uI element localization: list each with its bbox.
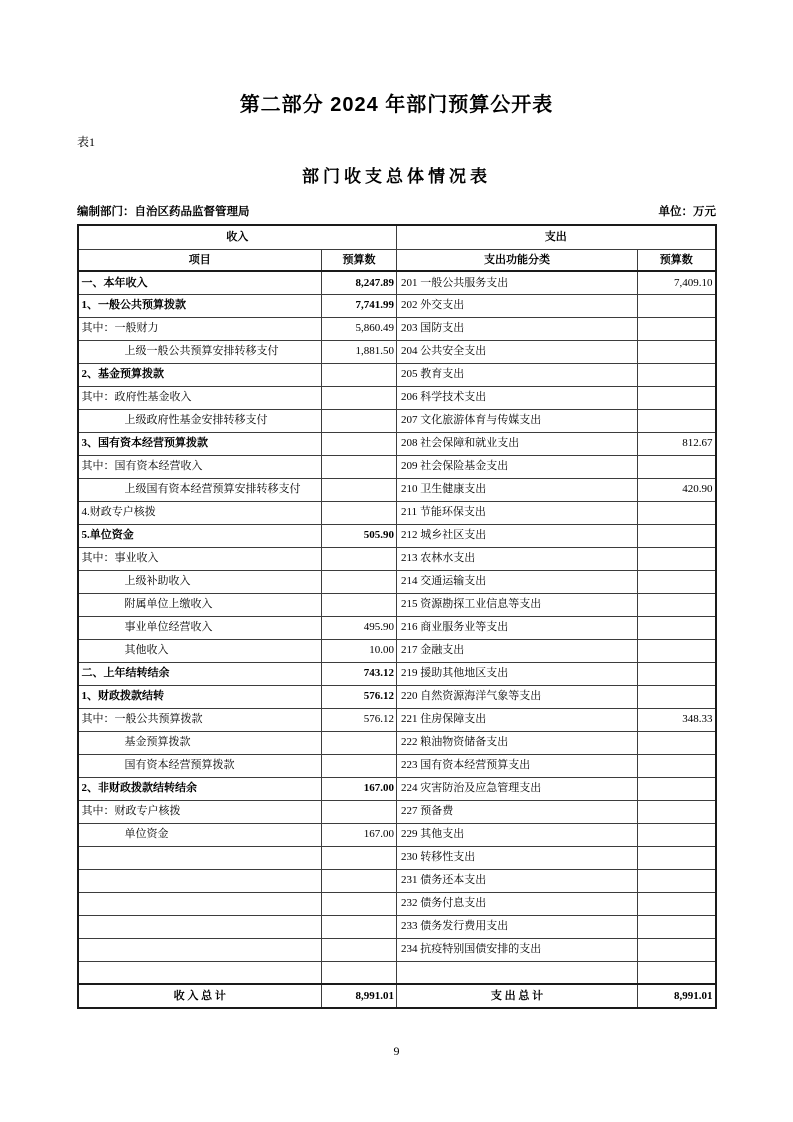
income-budget-cell — [322, 800, 397, 823]
income-item-cell: 上级一般公共预算安排转移支付 — [78, 340, 322, 363]
expense-budget-cell — [638, 869, 716, 892]
income-budget-cell: 5,860.49 — [322, 317, 397, 340]
expense-budget-cell — [638, 639, 716, 662]
table-row: 上级国有资本经营预算安排转移支付210 卫生健康支出420.90 — [78, 478, 716, 501]
income-budget-cell: 576.12 — [322, 708, 397, 731]
table-row: 4.财政专户核拨211 节能环保支出 — [78, 501, 716, 524]
expense-item-cell: 223 国有资本经营预算支出 — [397, 754, 638, 777]
income-budget-cell: 495.90 — [322, 616, 397, 639]
income-item-cell: 其中：政府性基金收入 — [78, 386, 322, 409]
expense-item-cell: 231 债务还本支出 — [397, 869, 638, 892]
table-meta-row: 编制部门：自治区药品监督管理局 单位：万元 — [77, 203, 716, 219]
expense-budget-cell — [638, 294, 716, 317]
income-budget-cell: 167.00 — [322, 823, 397, 846]
table-row: 一、本年收入8,247.89201 一般公共服务支出7,409.10 — [78, 271, 716, 294]
expense-item-cell: 233 债务发行费用支出 — [397, 915, 638, 938]
income-item-cell: 其中：事业收入 — [78, 547, 322, 570]
expense-item-cell: 211 节能环保支出 — [397, 501, 638, 524]
income-budget-cell — [322, 455, 397, 478]
budget-table: 收入 支出 项目 预算数 支出功能分类 预算数 一、本年收入8,247.8920… — [77, 224, 717, 1009]
income-budget-cell — [322, 892, 397, 915]
income-item-cell: 5.单位资金 — [78, 524, 322, 547]
income-budget-cell — [322, 869, 397, 892]
col-header-income-budget: 预算数 — [322, 249, 397, 271]
expense-budget-cell — [638, 317, 716, 340]
page-number: 9 — [0, 1044, 793, 1059]
expense-item-cell: 205 教育支出 — [397, 363, 638, 386]
income-budget-cell — [322, 570, 397, 593]
expense-group-header: 支出 — [397, 225, 716, 249]
expense-budget-cell: 812.67 — [638, 432, 716, 455]
income-total-label: 收 入 总 计 — [78, 984, 322, 1008]
table-row: 其中：财政专户核拨227 预备费 — [78, 800, 716, 823]
table-row: 上级政府性基金安排转移支付207 文化旅游体育与传媒支出 — [78, 409, 716, 432]
expense-budget-cell — [638, 938, 716, 961]
income-item-cell: 1、一般公共预算拨款 — [78, 294, 322, 317]
table-row: 2、基金预算拨款205 教育支出 — [78, 363, 716, 386]
expense-budget-cell — [638, 731, 716, 754]
income-budget-cell — [322, 501, 397, 524]
expense-item-cell: 220 自然资源海洋气象等支出 — [397, 685, 638, 708]
income-item-cell: 一、本年收入 — [78, 271, 322, 294]
expense-total-value: 8,991.01 — [638, 984, 716, 1008]
table-row: 国有资本经营预算拨款223 国有资本经营预算支出 — [78, 754, 716, 777]
income-budget-cell — [322, 432, 397, 455]
table-row: 3、国有资本经营预算拨款208 社会保障和就业支出812.67 — [78, 432, 716, 455]
expense-budget-cell — [638, 915, 716, 938]
expense-item-cell: 213 农林水支出 — [397, 547, 638, 570]
income-item-cell: 二、上年结转结余 — [78, 662, 322, 685]
col-header-item: 项目 — [78, 249, 322, 271]
income-budget-cell — [322, 915, 397, 938]
income-item-cell: 其他收入 — [78, 639, 322, 662]
table-column-header-row: 项目 预算数 支出功能分类 预算数 — [78, 249, 716, 271]
expense-budget-cell — [638, 386, 716, 409]
expense-item-cell: 203 国防支出 — [397, 317, 638, 340]
income-item-cell: 其中：国有资本经营收入 — [78, 455, 322, 478]
expense-item-cell: 204 公共安全支出 — [397, 340, 638, 363]
income-budget-cell: 743.12 — [322, 662, 397, 685]
expense-budget-cell: 7,409.10 — [638, 271, 716, 294]
expense-budget-cell: 348.33 — [638, 708, 716, 731]
expense-item-cell: 216 商业服务业等支出 — [397, 616, 638, 639]
income-budget-cell — [322, 478, 397, 501]
expense-item-cell: 222 粮油物资储备支出 — [397, 731, 638, 754]
prepared-by-label: 编制部门：自治区药品监督管理局 — [77, 203, 250, 219]
expense-budget-cell — [638, 823, 716, 846]
expense-item-cell — [397, 961, 638, 984]
income-budget-cell — [322, 938, 397, 961]
expense-budget-cell — [638, 846, 716, 869]
expense-item-cell: 206 科学技术支出 — [397, 386, 638, 409]
unit-label: 单位：万元 — [659, 203, 717, 219]
income-item-cell: 其中：财政专户核拨 — [78, 800, 322, 823]
income-budget-cell — [322, 363, 397, 386]
income-item-cell: 3、国有资本经营预算拨款 — [78, 432, 322, 455]
expense-budget-cell — [638, 455, 716, 478]
income-item-cell: 其中：一般公共预算拨款 — [78, 708, 322, 731]
table-row: 2、非财政拨款结转结余167.00224 灾害防治及应急管理支出 — [78, 777, 716, 800]
col-header-expense-budget: 预算数 — [638, 249, 716, 271]
income-item-cell: 单位资金 — [78, 823, 322, 846]
table-label: 表1 — [77, 133, 793, 150]
total-row: 收 入 总 计 8,991.01 支 出 总 计 8,991.01 — [78, 984, 716, 1008]
income-budget-cell: 7,741.99 — [322, 294, 397, 317]
income-budget-cell — [322, 593, 397, 616]
income-budget-cell — [322, 409, 397, 432]
expense-item-cell: 214 交通运输支出 — [397, 570, 638, 593]
income-item-cell: 2、基金预算拨款 — [78, 363, 322, 386]
expense-item-cell: 202 外交支出 — [397, 294, 638, 317]
expense-item-cell: 201 一般公共服务支出 — [397, 271, 638, 294]
expense-item-cell: 230 转移性支出 — [397, 846, 638, 869]
income-item-cell — [78, 869, 322, 892]
col-header-expense-function: 支出功能分类 — [397, 249, 638, 271]
table-row: 其中：政府性基金收入206 科学技术支出 — [78, 386, 716, 409]
income-budget-cell: 576.12 — [322, 685, 397, 708]
expense-item-cell: 212 城乡社区支出 — [397, 524, 638, 547]
income-item-cell: 上级国有资本经营预算安排转移支付 — [78, 478, 322, 501]
income-budget-cell — [322, 846, 397, 869]
table-row — [78, 961, 716, 984]
table-row: 附属单位上缴收入215 资源勘探工业信息等支出 — [78, 593, 716, 616]
income-budget-cell: 167.00 — [322, 777, 397, 800]
budget-table-header: 收入 支出 项目 预算数 支出功能分类 预算数 — [78, 225, 716, 271]
income-budget-cell: 10.00 — [322, 639, 397, 662]
budget-table-footer: 收 入 总 计 8,991.01 支 出 总 计 8,991.01 — [78, 984, 716, 1008]
income-item-cell: 事业单位经营收入 — [78, 616, 322, 639]
income-group-header: 收入 — [78, 225, 397, 249]
table-row: 其中：事业收入213 农林水支出 — [78, 547, 716, 570]
table-row: 事业单位经营收入495.90216 商业服务业等支出 — [78, 616, 716, 639]
income-item-cell — [78, 961, 322, 984]
income-item-cell — [78, 892, 322, 915]
expense-item-cell: 215 资源勘探工业信息等支出 — [397, 593, 638, 616]
table-row: 230 转移性支出 — [78, 846, 716, 869]
income-item-cell: 上级政府性基金安排转移支付 — [78, 409, 322, 432]
expense-item-cell: 207 文化旅游体育与传媒支出 — [397, 409, 638, 432]
expense-budget-cell — [638, 754, 716, 777]
table-row: 1、一般公共预算拨款7,741.99202 外交支出 — [78, 294, 716, 317]
expense-item-cell: 224 灾害防治及应急管理支出 — [397, 777, 638, 800]
expense-budget-cell — [638, 777, 716, 800]
expense-budget-cell — [638, 547, 716, 570]
income-item-cell: 1、财政拨款结转 — [78, 685, 322, 708]
expense-budget-cell — [638, 593, 716, 616]
income-item-cell: 国有资本经营预算拨款 — [78, 754, 322, 777]
expense-budget-cell — [638, 409, 716, 432]
expense-item-cell: 219 援助其他地区支出 — [397, 662, 638, 685]
income-item-cell: 附属单位上缴收入 — [78, 593, 322, 616]
document-title: 第二部分 2024 年部门预算公开表 — [0, 0, 793, 117]
table-row: 232 债务付息支出 — [78, 892, 716, 915]
expense-item-cell: 227 预备费 — [397, 800, 638, 823]
expense-item-cell: 234 抗疫特别国债安排的支出 — [397, 938, 638, 961]
table-group-header-row: 收入 支出 — [78, 225, 716, 249]
income-item-cell — [78, 938, 322, 961]
income-item-cell: 4.财政专户核拨 — [78, 501, 322, 524]
table-row: 234 抗疫特别国债安排的支出 — [78, 938, 716, 961]
income-item-cell: 其中：一般财力 — [78, 317, 322, 340]
expense-budget-cell — [638, 363, 716, 386]
expense-budget-cell: 420.90 — [638, 478, 716, 501]
expense-budget-cell — [638, 685, 716, 708]
income-budget-cell — [322, 731, 397, 754]
expense-item-cell: 232 债务付息支出 — [397, 892, 638, 915]
table-row: 其中：国有资本经营收入209 社会保险基金支出 — [78, 455, 716, 478]
income-total-value: 8,991.01 — [322, 984, 397, 1008]
income-budget-cell: 505.90 — [322, 524, 397, 547]
expense-item-cell: 217 金融支出 — [397, 639, 638, 662]
income-item-cell: 2、非财政拨款结转结余 — [78, 777, 322, 800]
expense-budget-cell — [638, 662, 716, 685]
table-row: 5.单位资金505.90212 城乡社区支出 — [78, 524, 716, 547]
table-row: 单位资金167.00229 其他支出 — [78, 823, 716, 846]
expense-budget-cell — [638, 501, 716, 524]
expense-budget-cell — [638, 340, 716, 363]
income-item-cell — [78, 846, 322, 869]
expense-total-label: 支 出 总 计 — [397, 984, 638, 1008]
income-budget-cell — [322, 961, 397, 984]
document-page: 第二部分 2024 年部门预算公开表 表1 部门收支总体情况表 编制部门：自治区… — [0, 0, 793, 1122]
expense-budget-cell — [638, 800, 716, 823]
income-budget-cell — [322, 547, 397, 570]
table-row: 其中：一般公共预算拨款576.12221 住房保障支出348.33 — [78, 708, 716, 731]
expense-item-cell: 209 社会保险基金支出 — [397, 455, 638, 478]
income-budget-cell — [322, 754, 397, 777]
income-budget-cell: 8,247.89 — [322, 271, 397, 294]
expense-item-cell: 221 住房保障支出 — [397, 708, 638, 731]
expense-budget-cell — [638, 961, 716, 984]
table-row: 基金预算拨款222 粮油物资储备支出 — [78, 731, 716, 754]
expense-budget-cell — [638, 570, 716, 593]
income-item-cell — [78, 915, 322, 938]
expense-budget-cell — [638, 892, 716, 915]
table-row: 上级一般公共预算安排转移支付1,881.50204 公共安全支出 — [78, 340, 716, 363]
expense-budget-cell — [638, 616, 716, 639]
table-row: 二、上年结转结余743.12219 援助其他地区支出 — [78, 662, 716, 685]
budget-table-body: 一、本年收入8,247.89201 一般公共服务支出7,409.101、一般公共… — [78, 271, 716, 984]
table-row: 其他收入10.00217 金融支出 — [78, 639, 716, 662]
expense-item-cell: 229 其他支出 — [397, 823, 638, 846]
income-budget-cell: 1,881.50 — [322, 340, 397, 363]
income-budget-cell — [322, 386, 397, 409]
table-row: 上级补助收入214 交通运输支出 — [78, 570, 716, 593]
expense-budget-cell — [638, 524, 716, 547]
table-row: 231 债务还本支出 — [78, 869, 716, 892]
table-row: 1、财政拨款结转576.12220 自然资源海洋气象等支出 — [78, 685, 716, 708]
income-item-cell: 上级补助收入 — [78, 570, 322, 593]
table-row: 233 债务发行费用支出 — [78, 915, 716, 938]
expense-item-cell: 208 社会保障和就业支出 — [397, 432, 638, 455]
expense-item-cell: 210 卫生健康支出 — [397, 478, 638, 501]
table-row: 其中：一般财力5,860.49203 国防支出 — [78, 317, 716, 340]
table-title: 部门收支总体情况表 — [0, 162, 793, 187]
income-item-cell: 基金预算拨款 — [78, 731, 322, 754]
